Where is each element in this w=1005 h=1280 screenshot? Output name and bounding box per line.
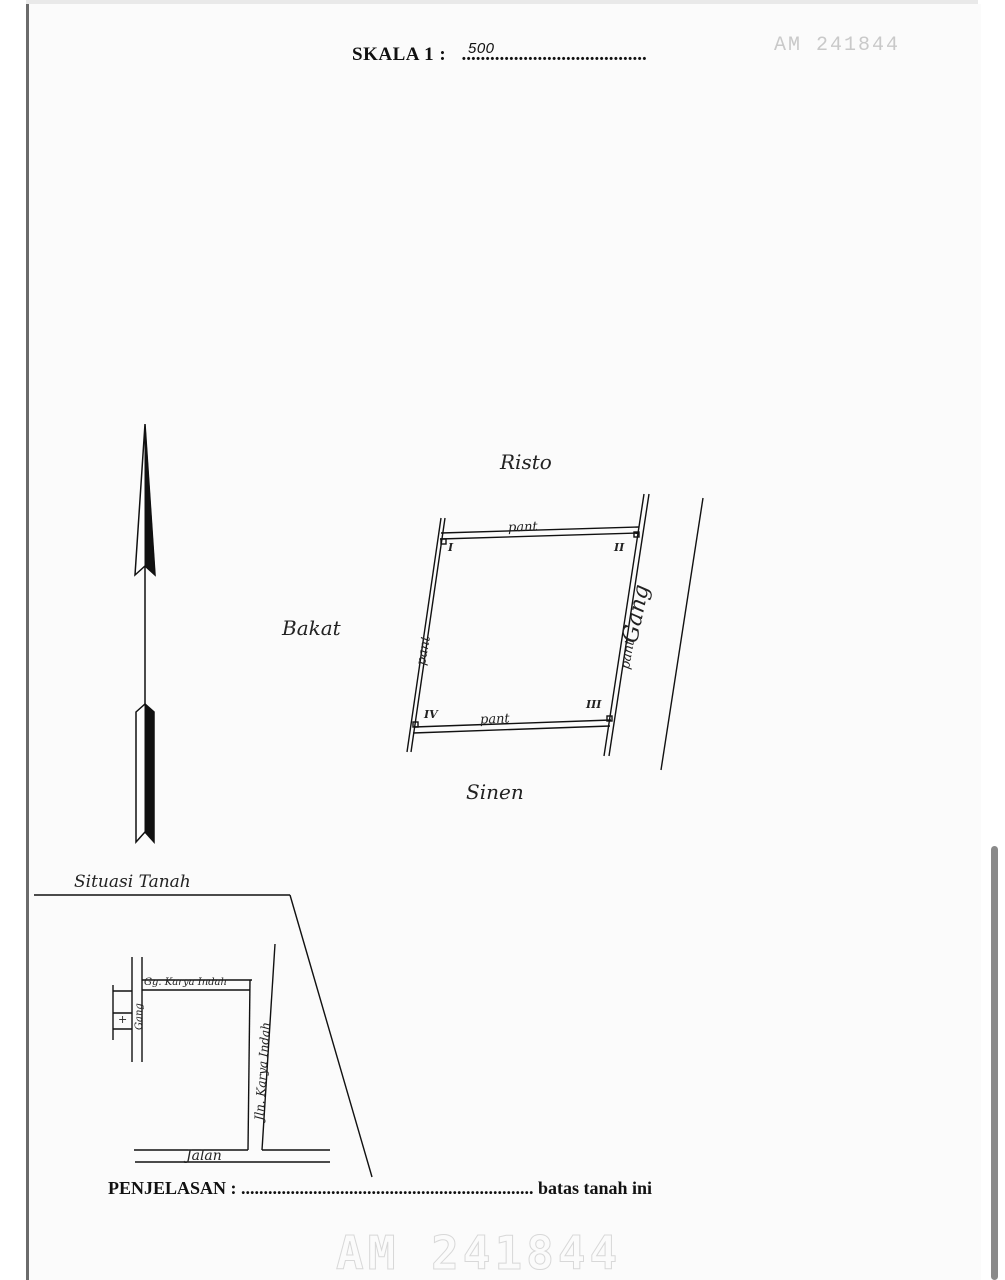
parcel-mark: + [118,1013,127,1026]
street-label-jalan: Jalan [186,1148,222,1164]
footer-text: batas tanah ini [538,1178,652,1198]
corner-marker-4: IV [424,708,438,721]
neighbor-west-label: Bakat [282,616,341,640]
neighbor-south-label: Sinen [466,780,524,804]
street-label-gg-karya-indah: Gg. Karya Indah [144,977,227,988]
scrollbar[interactable] [991,846,998,1280]
corner-marker-1: I [448,541,453,554]
boundary-label-north: pant [508,519,538,535]
north-arrow-icon [135,424,155,842]
corner-marker-3: III [586,698,601,711]
parcel-outline [407,494,703,770]
footer-explanation: PENJELASAN : ...........................… [108,1178,652,1199]
perforated-code: AM 241844 [336,1226,621,1280]
street-label-gang: Gang [134,1003,145,1030]
survey-drawing [0,0,1005,1280]
footer-dots: ........................................… [241,1178,534,1198]
neighbor-north-label: Risto [500,450,552,474]
corner-marker-2: II [614,541,624,554]
boundary-label-south: pant [480,711,510,727]
location-sketch [34,895,372,1177]
location-sketch-title: Situasi Tanah [74,872,191,892]
footer-label: PENJELASAN : [108,1178,237,1198]
